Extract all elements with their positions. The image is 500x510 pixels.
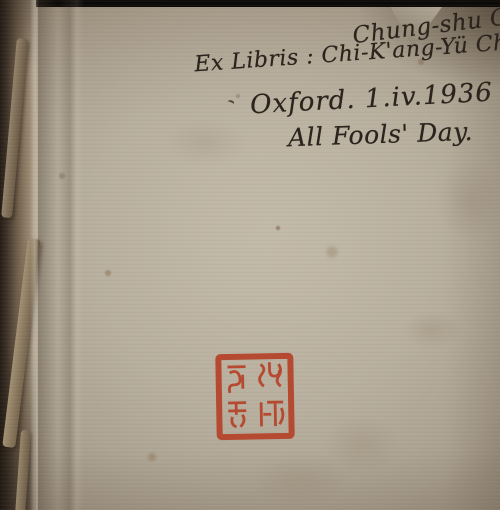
- inscription-all-fools-day: All Fools' Day.: [288, 117, 474, 152]
- page-crease: [58, 0, 84, 510]
- page-edge-shadow: [38, 0, 58, 510]
- book-flyleaf-photo: Chung-shu Ch'ien Ex Libris : Chi-K'ang-Y…: [0, 0, 500, 510]
- chinese-seal-stamp: [214, 351, 296, 441]
- inscription-place-date: Oxford. 1.iv.1936: [249, 78, 493, 121]
- inscription-ex-libris-line: Ex Libris : Chi-K'ang-Yü Ch'ien: [194, 28, 500, 78]
- stray-ink-mark: [226, 99, 235, 108]
